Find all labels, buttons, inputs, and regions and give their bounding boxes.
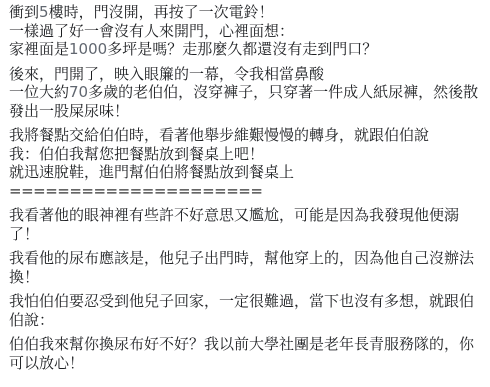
- text-line: 我看他的尿布應該是，他兒子出門時，幫他穿上的，因為他自己沒辦法: [9, 249, 487, 268]
- text-line: 伯伯我來幫你換尿布好不好？我以前大學社團是老年長青服務隊的，你: [9, 335, 487, 354]
- text-line: 一樣過了好一會沒有人來開門，心裡面想：: [9, 22, 487, 41]
- paragraph-delivery: 我將餐點交給伯伯時，看著他舉步維艱慢慢的轉身，就跟伯伯說 我：伯伯我幫您把餐點放…: [9, 126, 487, 200]
- text-line: 了！: [9, 225, 487, 244]
- text-line: 衝到5樓時，門沒開，再按了一次電鈴！: [9, 3, 487, 22]
- text-line: 一位大約70多歲的老伯伯，沒穿褲子，只穿著一件成人紙尿褲，然後散: [9, 83, 487, 102]
- paragraph-door-opens: 後來，門開了，映入眼簾的一幕，令我相當鼻酸 一位大約70多歲的老伯伯，沒穿褲子，…: [9, 65, 487, 121]
- number-text: 1000: [69, 40, 107, 58]
- paragraph-diaper: 我看他的尿布應該是，他兒子出門時，幫他穿上的，因為他自己沒辦法 換！: [9, 249, 487, 286]
- text-line: 家裡面是1000多坪是嗎？走那麼久都還沒有走到門口？: [9, 40, 487, 59]
- paragraph-offer-help: 伯伯我來幫你換尿布好不好？我以前大學社團是老年長青服務隊的，你 可以放心！: [9, 335, 487, 372]
- paragraph-embarrassed: 我看著他的眼神裡有些許不好意思又尷尬，可能是因為我發現他便溺 了！: [9, 206, 487, 243]
- text-line: 我怕伯伯要忍受到他兒子回家，一定很難過，當下也沒有多想，就跟伯: [9, 292, 487, 311]
- paragraph-arrival: 衝到5樓時，門沒開，再按了一次電鈴！ 一樣過了好一會沒有人來開門，心裡面想： 家…: [9, 3, 487, 59]
- text-line: 就迅速脫鞋，進門幫伯伯將餐點放到餐桌上: [9, 163, 487, 182]
- number-text: 5: [39, 3, 49, 21]
- text-line: 我將餐點交給伯伯時，看著他舉步維艱慢慢的轉身，就跟伯伯說: [9, 126, 487, 145]
- paragraph-worry: 我怕伯伯要忍受到他兒子回家，一定很難過，當下也沒有多想，就跟伯 伯說：: [9, 292, 487, 329]
- text-line: 發出一股屎尿味！: [9, 102, 487, 121]
- separator-line: =====================: [9, 182, 487, 201]
- post-body: 衝到5樓時，門沒開，再按了一次電鈴！ 一樣過了好一會沒有人來開門，心裡面想： 家…: [0, 3, 487, 372]
- text-line: 後來，門開了，映入眼簾的一幕，令我相當鼻酸: [9, 65, 487, 84]
- text-line: 換！: [9, 268, 487, 287]
- text-line: 我：伯伯我幫您把餐點放到餐桌上吧！: [9, 145, 487, 164]
- text-line: 可以放心！: [9, 354, 487, 373]
- text-line: 我看著他的眼神裡有些許不好意思又尷尬，可能是因為我發現他便溺: [9, 206, 487, 225]
- text-line: 伯說：: [9, 311, 487, 330]
- number-text: 70: [69, 83, 88, 101]
